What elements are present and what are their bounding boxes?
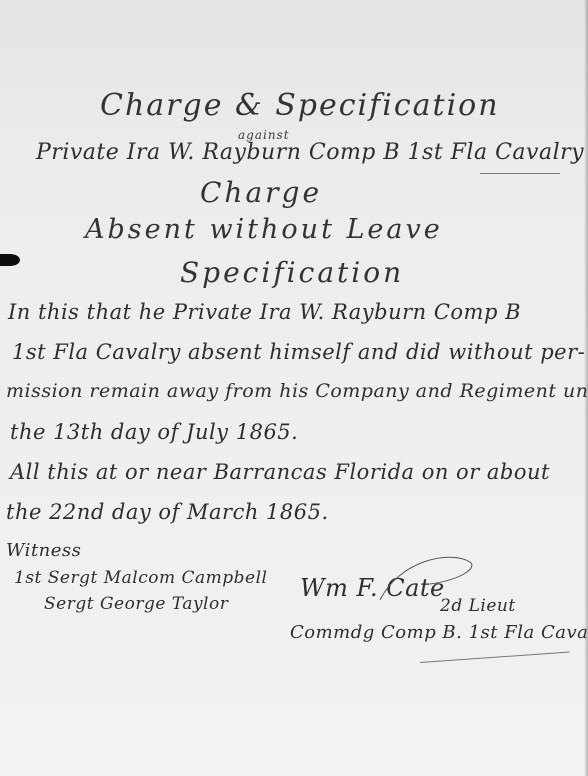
specification-line: mission remain away from his Company and… [6,380,588,402]
specification-heading: Specification [180,256,404,289]
subject-line: Private Ira W. Rayburn Comp B 1st Fla Ca… [36,140,584,165]
specification-line: In this that he Private Ira W. Rayburn C… [8,300,521,324]
location-line: the 22nd day of March 1865. [6,500,329,524]
specification-line: 1st Fla Cavalry absent himself and did w… [12,340,585,364]
signature-command: Commdg Comp B. 1st Fla Cavalry [290,622,588,643]
charge-heading: Charge [200,176,322,209]
ink-blot [0,254,20,266]
witness-heading: Witness [6,540,81,561]
document-title: Charge & Specification [100,88,500,123]
document-page: Charge & Specification against Private I… [0,0,588,776]
specification-line: the 13th day of July 1865. [10,420,298,444]
location-line: All this at or near Barrancas Florida on… [10,460,550,484]
witness-name: Sergt George Taylor [44,594,228,614]
underline [480,173,560,174]
charge-text: Absent without Leave [85,214,443,245]
signature-flourish [360,550,480,610]
witness-name: 1st Sergt Malcom Campbell [14,568,267,588]
signature-underline [420,652,570,663]
